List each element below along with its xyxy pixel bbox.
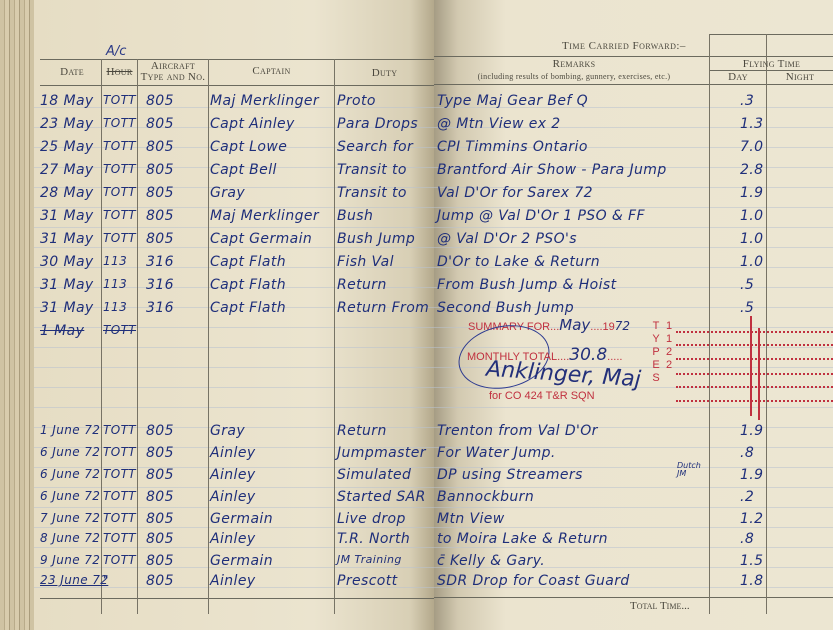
entry-date: 6 June 72 — [40, 489, 100, 503]
summary-month: May — [559, 316, 590, 334]
entry-hour: TOTT — [103, 162, 136, 176]
entry-hour: TOTT — [103, 139, 136, 153]
entry-hour: TOTT — [103, 553, 136, 567]
entry-day-time: .8 — [740, 445, 754, 461]
log-entry-row: 30 May 113 316 Capt Flath Fish Val D'Or … — [0, 254, 833, 276]
entry-hour: TOTT — [103, 231, 136, 245]
entry-aircraft: 316 — [146, 277, 174, 293]
type-letter: E — [651, 359, 661, 372]
entry-duty: JM Training — [337, 553, 402, 566]
log-entry-row: 9 June 72 TOTT 805 Germain JM Training c… — [0, 553, 833, 575]
entry-duty: Return — [337, 423, 387, 439]
entry-duty: Started SAR — [337, 489, 426, 505]
entry-captain: Capt Ainley — [210, 116, 295, 132]
entry-duty: Live drop — [337, 511, 406, 527]
entry-aircraft: 805 — [146, 489, 174, 505]
entry-aircraft: 805 — [146, 139, 174, 155]
entry-duty: Search for — [337, 139, 413, 155]
entry-day-time: 2.8 — [740, 162, 763, 178]
entry-captain: Capt Lowe — [210, 139, 287, 155]
entry-captain: Capt Germain — [210, 231, 312, 247]
entry-captain: Capt Bell — [210, 162, 277, 178]
entry-date: 31 May — [40, 277, 94, 293]
entry-date: 7 June 72 — [40, 511, 100, 525]
entry-aircraft: 805 — [146, 553, 174, 569]
stamp-dotted-line — [676, 331, 833, 333]
entry-hour: TOTT — [103, 511, 136, 525]
type-row-number: 1 — [666, 320, 672, 333]
entry-day-time: 1.0 — [740, 231, 763, 247]
type-letter: P — [651, 346, 661, 359]
footer-line-left — [40, 598, 434, 599]
entry-hour: TOTT — [103, 208, 136, 222]
type-letter: S — [651, 372, 661, 385]
log-entry-row: 6 June 72 TOTT 805 Ainley Simulated DP u… — [0, 467, 833, 489]
entry-aircraft: 805 — [146, 573, 174, 589]
entry-day-time: 1.0 — [740, 208, 763, 224]
log-entry-row-struck: 1 May TOTT — [0, 323, 833, 345]
tcf-box-top — [709, 34, 833, 35]
entry-remarks: c̄ Kelly & Gary. — [437, 553, 545, 569]
entry-remarks: Second Bush Jump — [437, 300, 574, 316]
entry-hour: 113 — [103, 254, 127, 268]
entry-aircraft: 805 — [146, 231, 174, 247]
entry-remarks: Type Maj Gear Bef Q — [437, 93, 588, 109]
entry-note: Dutch JM — [677, 462, 707, 478]
log-entry-row: 6 June 72 TOTT 805 Ainley Jumpmaster For… — [0, 445, 833, 467]
stamp-dotted-line — [676, 373, 833, 375]
entry-date: 23 May — [40, 116, 94, 132]
log-entry-row: 1 June 72 TOTT 805 Gray Return Trenton f… — [0, 423, 833, 445]
log-entry-row: 31 May TOTT 805 Capt Germain Bush Jump @… — [0, 231, 833, 253]
entry-remarks: Jump @ Val D'Or 1 PSO & FF — [437, 208, 645, 224]
entry-duty: Para Drops — [337, 116, 418, 132]
total-time-label: Total Time... — [630, 600, 690, 612]
aircraft-annotation: A/c — [106, 44, 126, 59]
entry-date: 23 June 72 — [40, 573, 108, 587]
entry-date-struck: 1 May — [40, 323, 84, 339]
entry-remarks: to Moira Lake & Return — [437, 531, 608, 547]
col-header-date: Date — [44, 67, 100, 78]
entry-remarks: Mtn View — [437, 511, 505, 527]
entry-remarks: For Water Jump. — [437, 445, 556, 461]
entry-captain: Ainley — [210, 573, 256, 589]
entry-hour: TOTT — [103, 185, 136, 199]
logbook-spread: A/c Date Hour Aircraft Type and No. Capt… — [0, 0, 833, 630]
entry-duty: Fish Val — [337, 254, 394, 270]
col-header-day: Day — [710, 72, 766, 83]
entry-hour: TOTT — [103, 93, 136, 107]
entry-aircraft: 805 — [146, 511, 174, 527]
entry-date: 31 May — [40, 300, 94, 316]
log-entry-row: 28 May TOTT 805 Gray Transit to Val D'Or… — [0, 185, 833, 207]
col-header-remarks: Remarks — [440, 59, 708, 70]
entry-duty: Bush Jump — [337, 231, 415, 247]
entry-day-time: 1.5 — [740, 553, 763, 569]
entry-day-time: .3 — [740, 93, 754, 109]
entry-day-time: 1.9 — [740, 185, 763, 201]
summary-year-prefix: 19 — [603, 321, 615, 333]
header-bottom-line — [40, 85, 434, 86]
entry-remarks: DP using Streamers — [437, 467, 583, 483]
entry-duty: Return From — [337, 300, 429, 316]
type-row-number: 2 — [666, 359, 672, 372]
type-letters: T Y P E S — [651, 320, 661, 385]
header-bottom-line-right — [434, 84, 833, 85]
entry-day-time: 1.9 — [740, 423, 763, 439]
col-header-captain: Captain — [209, 66, 334, 77]
entry-day-time: .8 — [740, 531, 754, 547]
entry-remarks: Bannockburn — [437, 489, 534, 505]
col-header-flying-time: Flying Time — [710, 59, 833, 70]
entry-hour: TOTT — [103, 531, 136, 545]
entry-date: 30 May — [40, 254, 94, 270]
entry-hour: TOTT — [103, 467, 136, 481]
header-top-line-right — [434, 56, 833, 57]
entry-captain: Ainley — [210, 467, 256, 483]
stamp-arrow-shaft — [750, 316, 752, 416]
entry-date: 25 May — [40, 139, 94, 155]
entry-date: 27 May — [40, 162, 94, 178]
entry-day-time: 1.0 — [740, 254, 763, 270]
entry-day-time: .5 — [740, 300, 754, 316]
col-header-hour: Hour — [102, 67, 137, 78]
entry-day-time: 1.9 — [740, 467, 763, 483]
entry-remarks: @ Mtn View ex 2 — [437, 116, 561, 132]
entry-duty: Proto — [337, 93, 376, 109]
entry-day-time: .5 — [740, 277, 754, 293]
entry-remarks: CPI Timmins Ontario — [437, 139, 588, 155]
type-row-number: 2 — [666, 346, 672, 359]
entry-remarks: Val D'Or for Sarex 72 — [437, 185, 593, 201]
col-header-remarks-sub: (including results of bombing, gunnery, … — [440, 71, 708, 82]
log-entry-row: 23 May TOTT 805 Capt Ainley Para Drops @… — [0, 116, 833, 138]
entry-date: 28 May — [40, 185, 94, 201]
entry-day-time: 1.8 — [740, 573, 763, 589]
stamp-arrow-shaft — [758, 328, 760, 420]
for-co-label: for CO 424 T&R SQN — [489, 390, 595, 402]
entry-remarks: SDR Drop for Coast Guard — [437, 573, 630, 589]
log-entry-row: 31 May 113 316 Capt Flath Return From Bu… — [0, 277, 833, 299]
entry-captain: Gray — [210, 423, 245, 439]
time-carried-forward-label: Time Carried Forward:– — [562, 40, 686, 52]
entry-date: 31 May — [40, 208, 94, 224]
log-entry-row: 6 June 72 TOTT 805 Ainley Started SAR Ba… — [0, 489, 833, 511]
entry-aircraft: 805 — [146, 162, 174, 178]
entry-captain: Capt Flath — [210, 277, 286, 293]
entry-aircraft: 805 — [146, 423, 174, 439]
col-header-aircraft-line2: Type and No. — [138, 72, 208, 83]
footer-line-right — [434, 597, 833, 598]
entry-hour: TOTT — [103, 423, 136, 437]
entry-date: 9 June 72 — [40, 553, 100, 567]
entry-aircraft: 805 — [146, 531, 174, 547]
col-header-duty: Duty — [335, 68, 434, 79]
entry-captain: Ainley — [210, 489, 256, 505]
entry-day-time: 1.3 — [740, 116, 763, 132]
entry-hour: 113 — [103, 300, 127, 314]
entry-aircraft: 805 — [146, 116, 174, 132]
entry-captain: Germain — [210, 511, 273, 527]
header-top-line — [40, 59, 434, 60]
log-entry-row: 23 June 72 " 805 Ainley Prescott SDR Dro… — [0, 573, 833, 595]
type-letter: Y — [651, 333, 661, 346]
entry-hour: TOTT — [103, 445, 136, 459]
entry-remarks: @ Val D'Or 2 PSO's — [437, 231, 577, 247]
log-entry-row: 18 May TOTT 805 Maj Merklinger Proto Typ… — [0, 93, 833, 115]
entry-aircraft: 316 — [146, 300, 174, 316]
summary-year: 72 — [615, 319, 630, 333]
entry-hour: TOTT — [103, 489, 136, 503]
col-header-night: Night — [767, 72, 833, 83]
entry-date: 6 June 72 — [40, 467, 100, 481]
entry-captain: Gray — [210, 185, 245, 201]
entry-date: 31 May — [40, 231, 94, 247]
entry-duty: Simulated — [337, 467, 411, 483]
stamp-dotted-line — [676, 344, 833, 346]
type-letter: T — [651, 320, 661, 333]
entry-duty: T.R. North — [337, 531, 410, 547]
log-entry-row: 25 May TOTT 805 Capt Lowe Search for CPI… — [0, 139, 833, 161]
entry-captain: Ainley — [210, 531, 256, 547]
col-header-hour-text: Hour — [106, 66, 132, 78]
entry-aircraft: 805 — [146, 93, 174, 109]
entry-date: 1 June 72 — [40, 423, 100, 437]
log-entry-row: 27 May TOTT 805 Capt Bell Transit to Bra… — [0, 162, 833, 184]
entry-remarks: From Bush Jump & Hoist — [437, 277, 616, 293]
type-row-number: 1 — [666, 333, 672, 346]
entry-aircraft: 316 — [146, 254, 174, 270]
log-entry-row: 31 May TOTT 805 Maj Merklinger Bush Jump… — [0, 208, 833, 230]
entry-hour: TOTT — [103, 116, 136, 130]
entry-captain: Maj Merklinger — [210, 208, 319, 224]
entry-aircraft: 805 — [146, 445, 174, 461]
entry-duty: Bush — [337, 208, 373, 224]
entry-aircraft: 805 — [146, 185, 174, 201]
entry-remarks: D'Or to Lake & Return — [437, 254, 600, 270]
entry-duty: Transit to — [337, 185, 407, 201]
entry-duty: Return — [337, 277, 387, 293]
entry-day-time: 7.0 — [740, 139, 763, 155]
entry-hour: 113 — [103, 277, 127, 291]
log-entry-row: 7 June 72 TOTT 805 Germain Live drop Mtn… — [0, 511, 833, 533]
entry-hour-struck: TOTT — [103, 323, 136, 337]
entry-captain: Capt Flath — [210, 300, 286, 316]
entry-hour: " — [103, 573, 109, 587]
entry-day-time: 1.2 — [740, 511, 763, 527]
entry-captain: Maj Merklinger — [210, 93, 319, 109]
entry-captain: Ainley — [210, 445, 256, 461]
entry-date: 8 June 72 — [40, 531, 100, 545]
stamp-dotted-line — [676, 400, 833, 402]
entry-duty: Transit to — [337, 162, 407, 178]
log-entry-row: 8 June 72 TOTT 805 Ainley T.R. North to … — [0, 531, 833, 553]
entry-day-time: .2 — [740, 489, 754, 505]
entry-aircraft: 805 — [146, 467, 174, 483]
entry-duty: Jumpmaster — [337, 445, 426, 461]
type-row-numbers: 1 1 2 2 — [666, 320, 672, 372]
entry-date: 18 May — [40, 93, 94, 109]
entry-duty: Prescott — [337, 573, 398, 589]
stamp-dotted-line — [676, 358, 833, 360]
entry-remarks: Brantford Air Show - Para Jump — [437, 162, 667, 178]
entry-captain: Capt Flath — [210, 254, 286, 270]
stamp-dotted-line — [676, 386, 833, 388]
entry-date: 6 June 72 — [40, 445, 100, 459]
log-entry-row: 31 May 113 316 Capt Flath Return From Se… — [0, 300, 833, 322]
col-header-aircraft: Aircraft Type and No. — [138, 61, 208, 83]
entry-captain: Germain — [210, 553, 273, 569]
entry-aircraft: 805 — [146, 208, 174, 224]
entry-remarks: Trenton from Val D'Or — [437, 423, 598, 439]
